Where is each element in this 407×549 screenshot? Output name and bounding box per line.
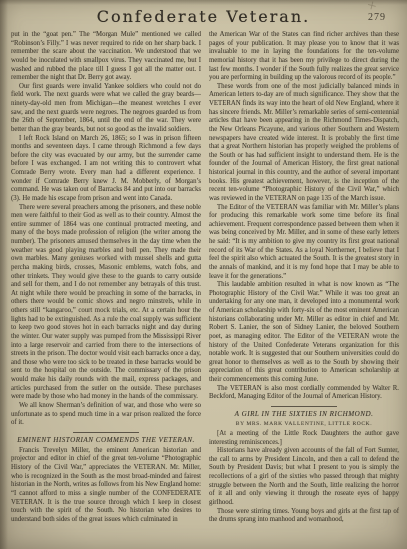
section-divider xyxy=(271,406,337,407)
paragraph: the American War of the States can find … xyxy=(209,31,399,83)
section-heading: EMINENT HISTORIAN COMMENDS THE VETERAN. xyxy=(11,436,201,445)
page-number: 279 xyxy=(368,12,386,23)
paragraph: Those were stirring times. Young boys an… xyxy=(209,508,399,525)
paragraph: put in the “goat pen.” The “Morgan Mule”… xyxy=(11,31,201,83)
text-columns: put in the “goat pen.” The “Morgan Mule”… xyxy=(0,27,407,549)
paragraph: Francis Trevelyn Miller, the eminent Ame… xyxy=(11,447,201,525)
paragraph: Our first guards were invalid Yankee sol… xyxy=(11,83,201,135)
article-byline: BY MRS. MARK VALLENTINE, LITTLE ROCK. xyxy=(209,421,399,428)
paragraph: We all know Sherman’s definition of war,… xyxy=(11,402,201,428)
section-heading: A GIRL IN THE SIXTIES IN RICHMOND. xyxy=(209,410,399,419)
paragraph: These words from one of the most judicia… xyxy=(209,83,399,204)
paragraph: [At a meeting of the Little Rock Daughte… xyxy=(209,430,399,447)
paragraph: I left Rock Island on March 26, 1865; so… xyxy=(11,135,201,204)
paragraph: Historians have already given accounts o… xyxy=(209,447,399,507)
paragraph: The VETERAN is also most cordially comme… xyxy=(209,385,399,402)
magazine-page: Confederate Veteran. + 279 put in the “g… xyxy=(0,0,407,549)
section-divider xyxy=(73,432,139,433)
left-column: put in the “goat pen.” The “Morgan Mule”… xyxy=(11,31,201,549)
right-column: the American War of the States can find … xyxy=(209,31,399,549)
page-header: Confederate Veteran. + 279 xyxy=(0,0,407,27)
masthead-title: Confederate Veteran. xyxy=(0,7,407,26)
paragraph: This laudable ambition resulted in what … xyxy=(209,281,399,385)
paragraph: The Editor of the VETERAN was familiar w… xyxy=(209,204,399,282)
paragraph: There were several preachers among the p… xyxy=(11,204,201,402)
